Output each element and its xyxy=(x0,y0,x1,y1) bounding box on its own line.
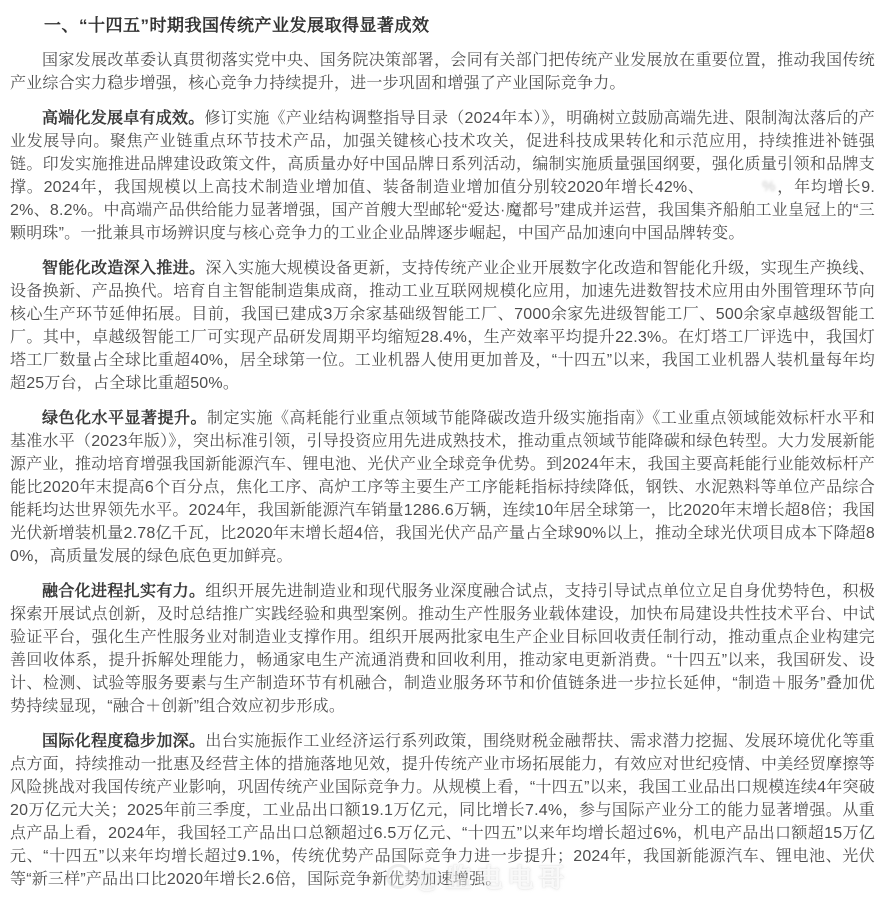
section-paragraph-smart-upgrade: 智能化改造深入推进。深入实施大规模设备更新，支持传统产业企业开展数字化改造和智能… xyxy=(10,257,875,395)
article-title: 一、“十四五”时期我国传统产业发展取得显著成效 xyxy=(10,11,875,36)
section-paragraph-integration: 融合化进程扎实有力。组织开展先进制造业和现代服务业深度融合试点，支持引导试点单位… xyxy=(10,580,875,718)
section-lead: 智能化改造深入推进。 xyxy=(42,260,205,277)
section-lead: 高端化发展卓有成效。 xyxy=(42,110,205,127)
redaction-remnant: % xyxy=(730,175,776,198)
section-lead: 绿色化水平显著提升。 xyxy=(42,410,207,427)
section-paragraph-high-end: 高端化发展卓有成效。修订实施《产业结构调整指导目录（2024年本）》，明确树立鼓… xyxy=(10,107,875,245)
intro-paragraph: 国家发展改革委认真贯彻落实党中央、国务院决策部署，会同有关部门把传统产业发展放在… xyxy=(10,49,875,95)
section-text: 组织开展先进制造业和现代服务业深度融合试点，支持引导试点单位立足自身优势特色，积… xyxy=(10,583,875,715)
section-lead: 国际化程度稳步加深。 xyxy=(42,733,205,750)
redaction-blur: % xyxy=(705,179,777,192)
section-text: 制定实施《高耗能行业重点领域节能降碳改造升级实施指南》《工业重点领域能效标杆水平… xyxy=(10,410,875,565)
section-text: 出台实施振作工业经济运行系列政策，围绕财税金融帮扶、需求潜力挖掘、发展环境优化等… xyxy=(10,733,875,888)
article-page: 一、“十四五”时期我国传统产业发展取得显著成效 国家发展改革委认真贯彻落实党中央… xyxy=(0,0,889,905)
section-paragraph-internationalization: 国际化程度稳步加深。出台实施振作工业经济运行系列政策，围绕财税金融帮扶、需求潜力… xyxy=(10,730,875,891)
section-lead: 融合化进程扎实有力。 xyxy=(42,583,205,600)
section-paragraph-green: 绿色化水平显著提升。制定实施《高耗能行业重点领域节能降碳改造升级实施指南》《工业… xyxy=(10,407,875,568)
section-text: 深入实施大规模设备更新，支持传统产业企业开展数字化改造和智能化升级，实现生产换线… xyxy=(10,260,875,392)
